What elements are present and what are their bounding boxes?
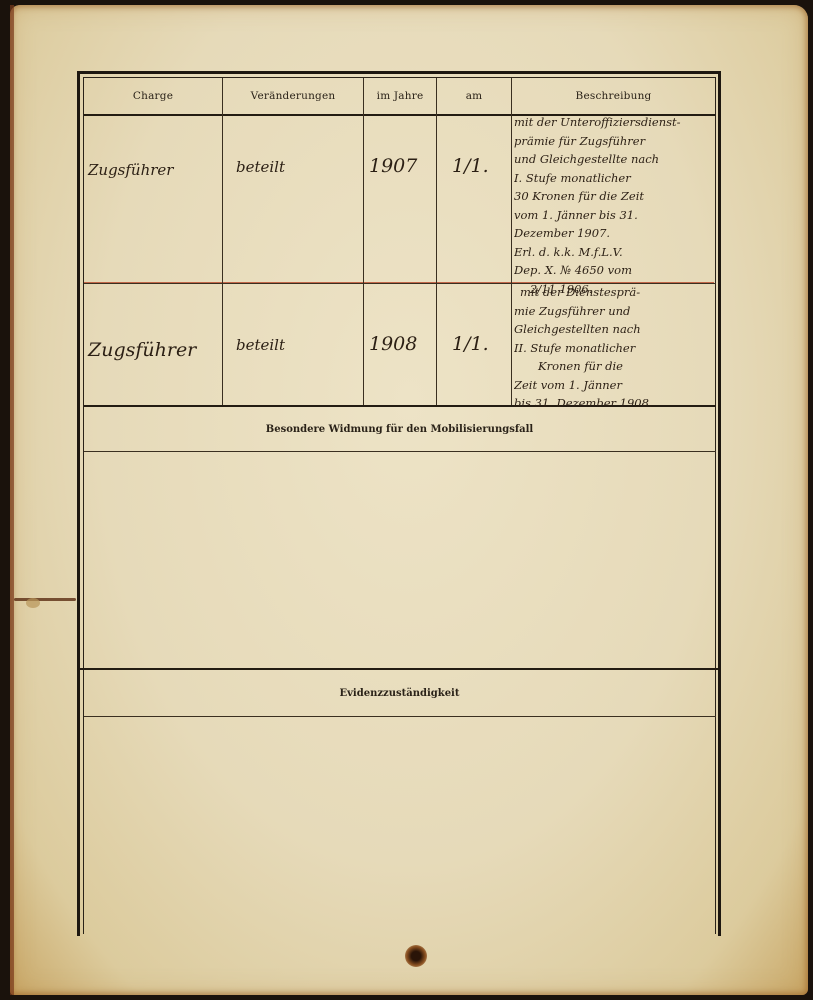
section-mobilisierung-title: Besondere Widmung für den Mobilisierungs… [84, 407, 715, 451]
header-im-jahre: im Jahre [364, 78, 436, 114]
row1-charge: Zugsführer [88, 155, 173, 185]
row1-desc-line: Dezember 1907. [514, 225, 714, 244]
col-divider-4 [511, 78, 512, 405]
row2-desc-line: mit der Dienstesprä- [514, 284, 714, 303]
row2-desc-line: II. Stufe monatlicher [514, 340, 714, 359]
header-veraenderungen: Veränderungen [223, 78, 363, 114]
row1-veraenderungen: beteilt [236, 152, 285, 182]
row1-desc-line: prämie für Zugsführer [514, 133, 714, 152]
row2-desc-line: Kronen für die [514, 358, 714, 377]
row1-beschreibung: mit der Unteroffiziersdienst- prämie für… [514, 114, 714, 299]
row2-im-jahre: 1908 [369, 326, 417, 362]
row1-desc-line: mit der Unteroffiziersdienst- [514, 114, 714, 133]
page-edge-wear [10, 5, 14, 995]
row1-desc-line: vom 1. Jänner bis 31. [514, 207, 714, 226]
col-divider-1 [222, 78, 223, 405]
header-am: am [437, 78, 511, 114]
col-divider-2 [363, 78, 364, 405]
row2-beschreibung: mit der Dienstesprä- mie Zugsführer und … [514, 284, 714, 414]
section-mobilisierung-body [84, 452, 715, 668]
burn-hole [405, 945, 427, 967]
row2-am: 1/1. [452, 326, 489, 362]
row1-desc-line: und Gleichgestellte nach [514, 151, 714, 170]
paper-tear-stain [26, 598, 40, 608]
row2-desc-line: Gleichgestellten nach [514, 321, 714, 340]
row1-desc-line: Erl. d. k.k. M.f.L.V. [514, 244, 714, 263]
frame-inner-right-line [715, 77, 716, 934]
row1-desc-line: Dep. X. № 4650 vom [514, 262, 714, 281]
row1-desc-line: I. Stufe monatlicher [514, 170, 714, 189]
row2-desc-line: Zeit vom 1. Jänner [514, 377, 714, 396]
row2-charge: Zugsführer [88, 330, 196, 370]
row2-desc-line: mie Zugsführer und [514, 303, 714, 322]
paper-tear [14, 598, 76, 601]
row1-im-jahre: 1907 [369, 148, 417, 184]
row1-desc-line: 30 Kronen für die Zeit [514, 188, 714, 207]
section-evidenz-title: Evidenzzuständigkeit [84, 670, 715, 716]
header-beschreibung: Beschreibung [512, 78, 715, 114]
header-charge: Charge [84, 78, 222, 114]
section-evidenz-body [84, 717, 715, 933]
col-divider-3 [436, 78, 437, 405]
row1-am: 1/1. [452, 148, 489, 184]
row2-veraenderungen: beteilt [236, 330, 285, 360]
